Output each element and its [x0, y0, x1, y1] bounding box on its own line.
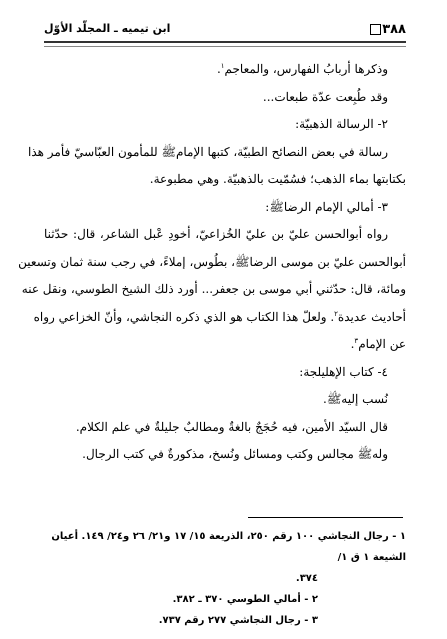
running-title: ابن تيميه ـ المجلّد الأوّل	[44, 22, 170, 35]
footnote-3: ٣ - رجال النجاشي ٢٧٧ رقم ٧٣٧.	[40, 610, 406, 631]
paragraph-line: وذكرها أربابُ الفهارس، والمعاجم١.	[44, 56, 406, 84]
footnote-rule	[248, 517, 403, 518]
footnotes: ١ - رجال النجاشي ١٠٠ رقم ٢٥٠، الذريعة ١٥…	[40, 526, 406, 631]
line-text: أحاديث عديدة	[338, 310, 406, 324]
paragraph-line: نُسب إليهﷺ.	[44, 386, 406, 414]
footnote-1-continuation: ٣٧٤.	[40, 568, 406, 589]
footnote-1: ١ - رجال النجاشي ١٠٠ رقم ٢٥٠، الذريعة ١٥…	[40, 526, 406, 568]
line-text: عن الإمام	[358, 337, 406, 351]
line-end: . ولعلّ هذا الكتاب هو الذي ذكره النجاشي،…	[34, 310, 335, 324]
paragraph-line: ولهﷺ مجالس وكتب ومسائل ونُسخ، مذكورةٌ في…	[44, 441, 406, 469]
footnote-2: ٢ - أمالي الطوسي ٣٧٠ ـ ٣٨٢.	[40, 589, 406, 610]
paragraph-line: قال السيّد الأمين، فيه حُجَجٌ بالغةٌ ومط…	[44, 414, 406, 442]
paragraph-line: رسالة في بعض النصائح الطبيّة، كتبها الإم…	[44, 139, 406, 167]
book-page: ٣٨٨ ابن تيميه ـ المجلّد الأوّل وذكرها أر…	[0, 0, 447, 639]
body-text: وذكرها أربابُ الفهارس، والمعاجم١. وقد طُ…	[44, 56, 406, 469]
square-box-icon	[370, 24, 381, 35]
paragraph-line: بكتابتها بماء الذهب؛ فسُمّيت بالذهبيّة. …	[44, 166, 406, 194]
line-text: وذكرها أربابُ الفهارس، والمعاجم	[225, 62, 388, 76]
paragraph-line: عن الإمام٣.	[44, 331, 406, 359]
paragraph-line: وقد طُبِعت عدّة طبعات...	[44, 84, 406, 112]
section-heading: ٢- الرسالة الذهبيّة:	[44, 111, 406, 139]
paragraph-line: أبوالحسن عليّ بن موسى الرضاﷺ، بطُوس، إمل…	[44, 249, 406, 277]
page-header: ٣٨٨ ابن تيميه ـ المجلّد الأوّل	[44, 20, 406, 40]
paragraph-line: أحاديث عديدة٢. ولعلّ هذا الكتاب هو الذي …	[44, 304, 406, 332]
section-heading: ٤- كتاب الإهليلجة:	[44, 359, 406, 387]
header-rule	[44, 41, 406, 47]
section-heading: ٣- أمالي الإمام الرضاﷺ:	[44, 194, 406, 222]
page-number-text: ٣٨٨	[382, 22, 406, 37]
page-number: ٣٨٨	[370, 22, 406, 37]
paragraph-line: ومائة، قال: حدّثني أبي موسى بن جعفر... أ…	[44, 276, 406, 304]
paragraph-line: رواه أبوالحسن عليّ بن عليّ الخُزاعيّ، أخ…	[44, 221, 406, 249]
